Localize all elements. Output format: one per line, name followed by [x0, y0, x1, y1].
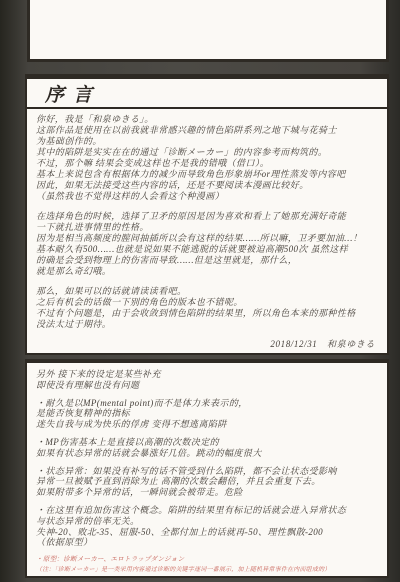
- text-line: ・耐久是以MP(mental point)而不是体力来表示的，: [36, 398, 379, 409]
- text-line: ・MP伤害基本上是直接以高潮的次数决定的: [36, 437, 379, 448]
- text-line: 其中的陷阱是实实在在的通过「诊断メーカー」的内容参考而构筑的。: [36, 147, 379, 158]
- preface-paragraph-3: 那么，如果可以的话就请读读看吧。 之后有机会的话做一下别的角色的版本也不错呢。 …: [36, 286, 379, 330]
- text-line: （依据原型）: [36, 537, 379, 548]
- text-line: 不过，那个嘛 结果会变成这样也不是我的错哦（借口）。: [36, 158, 379, 169]
- text-line: 没法太过于期待。: [36, 319, 379, 330]
- text-line: 因此，如果无法接受这些内容的话，还是不要阅读本漫画比较好。: [36, 180, 379, 191]
- text-line: ・状态异常：如果没有补写的话不管受到什么陷阱，都不会让状态受影响: [36, 466, 379, 477]
- text-line: 基本上来说包含有根据体力的减少而导致角色形象崩坏or理性蒸发等内容吧: [36, 169, 379, 180]
- text-line: 另外 接下来的设定是某些补充: [36, 369, 379, 380]
- scanned-page-background: 序言 你好，我是「和泉ゆきる」。 这部作品是使用在以前我就非常感兴趣的情色陷阱系…: [0, 0, 400, 582]
- text-line: 与状态异常的倍率无关。: [36, 516, 379, 527]
- notes-paragraph-2: ・耐久是以MP(mental point)而不是体力来表示的， 是能否恢复精神的…: [36, 398, 379, 430]
- preface-body-panel: 你好，我是「和泉ゆきる」。 这部作品是使用在以前我就非常感兴趣的情色陷阱系列之地…: [25, 107, 389, 355]
- text-line: 即使没有理解也没有问题: [36, 380, 379, 391]
- text-line: 失神-20、败北-35、屈服-50、全都付加上的话就再-50、理性飘散-200: [36, 527, 379, 538]
- notes-paragraph-1: 另外 接下来的设定是某些补充 即使没有理解也没有问题: [36, 369, 379, 391]
- text-line: （虽然我也不觉得这样的人会看这个种漫画）: [36, 191, 379, 202]
- preface-header-panel: 序言: [25, 74, 389, 107]
- text-line: 之后有机会的话做一下别的角色的版本也不错呢。: [36, 297, 379, 308]
- text-line: ・在这里有追加伤害这个概念。陷阱的结果里有标记的话就会进入异常状态: [36, 505, 379, 516]
- text-line: 你好，我是「和泉ゆきる」。: [36, 114, 379, 125]
- footnote-note-line: （注：「诊断メーカー」是一类采用内容通过诊断的关键字逐词一番展示，加上随机异常事…: [36, 565, 379, 575]
- page-title: 序言: [45, 80, 101, 107]
- text-line: 为基础创作的。: [36, 136, 379, 147]
- red-footnotes: ・原型：诊断メーカー、エロトラップダンジョン （注：「诊断メーカー」是一类采用内…: [36, 555, 379, 575]
- notes-paragraph-4: ・状态异常：如果没有补写的话不管受到什么陷阱，都不会让状态受影响 异常一旦被赋予…: [36, 466, 379, 498]
- preface-paragraph-2: 在选择角色的时候，选择了卫矛的原因是因为喜欢和看上了她那充满好奇能 一下就扎进事…: [36, 211, 379, 277]
- text-line: 一下就扎进事情里的性格。: [36, 222, 379, 233]
- notes-panel: 另外 接下来的设定是某些补充 即使没有理解也没有问题 ・耐久是以MP(menta…: [25, 359, 389, 578]
- author-signature: 2018/12/31 和泉ゆきる: [36, 339, 379, 350]
- text-line: 迷失自我与成为快乐的俘虏 变得不想逃离陷阱: [36, 419, 379, 430]
- footnote-source-line: ・原型：诊断メーカー、エロトラップダンジョン: [36, 555, 379, 565]
- text-line: 那么，如果可以的话就请读读看吧。: [36, 286, 379, 297]
- text-line: 基本耐久有500……也就是说如果不能逃脱的话就要被迫高潮500次 虽然这样: [36, 244, 379, 255]
- text-line: 就是那么奇幻哦。: [36, 266, 379, 277]
- text-line: 是能否恢复精神的指标: [36, 408, 379, 419]
- text-line: 因为是相当高频度的膣间抽插所以会有这样的结果……所以嘛，卫矛要加油…！: [36, 233, 379, 244]
- text-line: 这部作品是使用在以前我就非常感兴趣的情色陷阱系列之地下城与花骑士: [36, 125, 379, 136]
- text-line: 如果有状态异常的话就会暴涨好几倍。跳动的幅度很大: [36, 448, 379, 459]
- text-line: 在选择角色的时候，选择了卫矛的原因是因为喜欢和看上了她那充满好奇能: [36, 211, 379, 222]
- text-line: 如果附带多个异常的话，一瞬间就会被带走。危险: [36, 487, 379, 498]
- preface-paragraph-1: 你好，我是「和泉ゆきる」。 这部作品是使用在以前我就非常感兴趣的情色陷阱系列之地…: [36, 114, 379, 202]
- text-line: 异常一旦被赋予直到消除为止 高潮的次数会翻倍，并且会重复下去。: [36, 476, 379, 487]
- notes-paragraph-3: ・MP伤害基本上是直接以高潮的次数决定的 如果有状态异常的话就会暴涨好几倍。跳动…: [36, 437, 379, 459]
- notes-paragraph-5: ・在这里有追加伤害这个概念。陷阱的结果里有标记的话就会进入异常状态 与状态异常的…: [36, 505, 379, 548]
- text-line: 的确是会受到物理上的伤害而导致……但是这里就是，那什么，: [36, 255, 379, 266]
- top-blank-panel: [27, 0, 389, 62]
- text-line: 不过有个问题是，由于会收敛到情色陷阱的结果里，所以角色本来的那种性格: [36, 308, 379, 319]
